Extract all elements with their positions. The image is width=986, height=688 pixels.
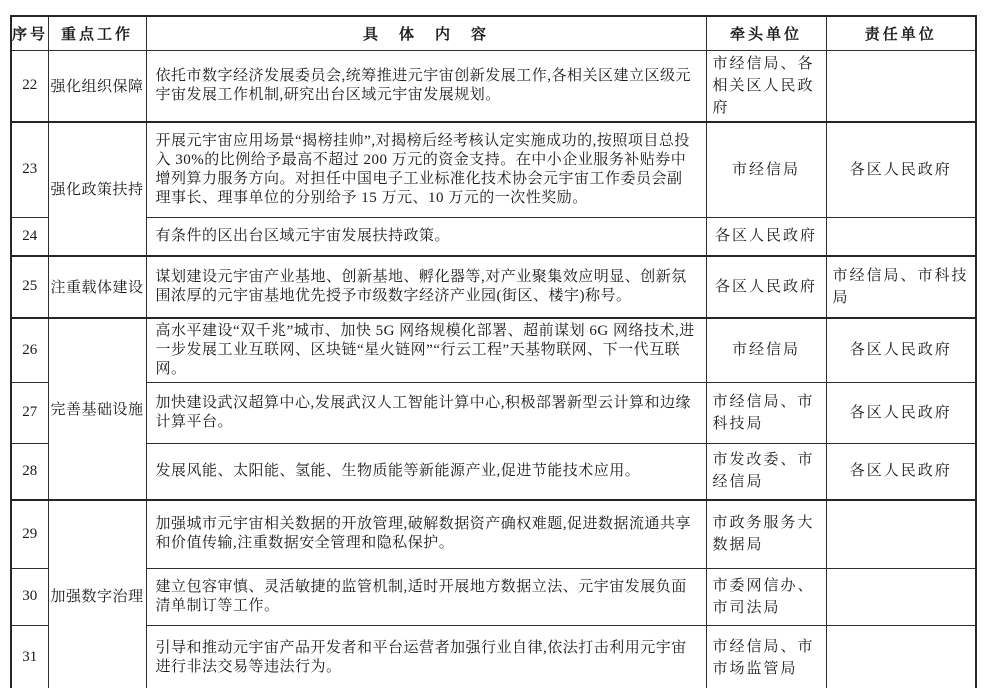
table-header-row: 序号 重点工作 具 体 内 容 牵头单位 责任单位 (11, 16, 976, 50)
lead-unit-cell: 市发改委、市经信局 (706, 443, 826, 500)
responsible-unit-cell: 各区人民政府 (826, 443, 976, 500)
lead-unit-cell: 市经信局 (706, 122, 826, 218)
responsible-unit-cell (826, 218, 976, 256)
responsible-unit-cell (826, 568, 976, 625)
content-cell: 加强城市元宇宙相关数据的开放管理,破解数据资产确权难题,促进数据流通共享和价值传… (146, 500, 706, 568)
work-category: 加强数字治理 (48, 500, 146, 688)
table-row-26: 26 完善基础设施 高水平建设“双千兆”城市、加快 5G 网络规模化部署、超前谋… (11, 318, 976, 383)
content-cell: 有条件的区出台区域元宇宙发展扶持政策。 (146, 218, 706, 256)
row-number: 25 (11, 256, 48, 318)
lead-unit-cell: 市经信局、各相关区人民政府 (706, 50, 826, 122)
table-row-28: 28 发展风能、太阳能、氢能、生物质能等新能源产业,促进节能技术应用。 市发改委… (11, 443, 976, 500)
lead-unit-cell: 市政务服务大数据局 (706, 500, 826, 568)
table-row-23: 23 强化政策扶持 开展元宇宙应用场景“揭榜挂帅”,对揭榜后经考核认定实施成功的… (11, 122, 976, 218)
lead-unit-cell: 市经信局 (706, 318, 826, 383)
lead-unit-cell: 市委网信办、市司法局 (706, 568, 826, 625)
table-row-24: 24 有条件的区出台区域元宇宙发展扶持政策。 各区人民政府 (11, 218, 976, 256)
row-number: 30 (11, 568, 48, 625)
lead-unit-cell: 各区人民政府 (706, 256, 826, 318)
content-cell: 建立包容审慎、灵活敏捷的监管机制,适时开展地方数据立法、元宇宙发展负面清单制订等… (146, 568, 706, 625)
row-number: 24 (11, 218, 48, 256)
responsible-unit-cell: 各区人民政府 (826, 122, 976, 218)
header-cell-lead: 牵头单位 (706, 16, 826, 50)
header-cell-work: 重点工作 (48, 16, 146, 50)
row-number: 22 (11, 50, 48, 122)
work-category: 完善基础设施 (48, 318, 146, 501)
responsible-unit-cell: 市经信局、市科技局 (826, 256, 976, 318)
content-cell: 依托市数字经济发展委员会,统筹推进元宇宙创新发展工作,各相关区建立区级元宇宙发展… (146, 50, 706, 122)
content-cell: 引导和推动元宇宙产品开发者和平台运营者加强行业自律,依法打击利用元宇宙进行非法交… (146, 625, 706, 688)
responsible-unit-cell: 各区人民政府 (826, 382, 976, 443)
row-number: 26 (11, 318, 48, 383)
lead-unit-cell: 市经信局、市市场监管局 (706, 625, 826, 688)
responsible-unit-cell (826, 50, 976, 122)
row-number: 31 (11, 625, 48, 688)
table-row-25: 25 注重载体建设 谋划建设元宇宙产业基地、创新基地、孵化器等,对产业聚集效应明… (11, 256, 976, 318)
document-page: 序号 重点工作 具 体 内 容 牵头单位 责任单位 22 强化组织保障 依托市数… (0, 0, 986, 688)
table-row-31: 31 引导和推动元宇宙产品开发者和平台运营者加强行业自律,依法打击利用元宇宙进行… (11, 625, 976, 688)
header-cell-no: 序号 (11, 16, 48, 50)
table-row-29: 29 加强数字治理 加强城市元宇宙相关数据的开放管理,破解数据资产确权难题,促进… (11, 500, 976, 568)
header-cell-content: 具 体 内 容 (146, 16, 706, 50)
content-cell: 谋划建设元宇宙产业基地、创新基地、孵化器等,对产业聚集效应明显、创新氛围浓厚的元… (146, 256, 706, 318)
lead-unit-cell: 各区人民政府 (706, 218, 826, 256)
work-category: 强化组织保障 (48, 50, 146, 122)
row-number: 29 (11, 500, 48, 568)
table-row-27: 27 加快建设武汉超算中心,发展武汉人工智能计算中心,积极部署新型云计算和边缘计… (11, 382, 976, 443)
header-cell-resp: 责任单位 (826, 16, 976, 50)
content-cell: 高水平建设“双千兆”城市、加快 5G 网络规模化部署、超前谋划 6G 网络技术,… (146, 318, 706, 383)
row-number: 28 (11, 443, 48, 500)
work-category: 强化政策扶持 (48, 122, 146, 256)
row-number: 27 (11, 382, 48, 443)
work-category: 注重载体建设 (48, 256, 146, 318)
lead-unit-cell: 市经信局、市科技局 (706, 382, 826, 443)
content-cell: 加快建设武汉超算中心,发展武汉人工智能计算中心,积极部署新型云计算和边缘计算平台… (146, 382, 706, 443)
content-cell: 开展元宇宙应用场景“揭榜挂帅”,对揭榜后经考核认定实施成功的,按照项目总投入 3… (146, 122, 706, 218)
row-number: 23 (11, 122, 48, 218)
content-cell: 发展风能、太阳能、氢能、生物质能等新能源产业,促进节能技术应用。 (146, 443, 706, 500)
responsible-unit-cell (826, 500, 976, 568)
responsible-unit-cell: 各区人民政府 (826, 318, 976, 383)
table-row-22: 22 强化组织保障 依托市数字经济发展委员会,统筹推进元宇宙创新发展工作,各相关… (11, 50, 976, 122)
table-row-30: 30 建立包容审慎、灵活敏捷的监管机制,适时开展地方数据立法、元宇宙发展负面清单… (11, 568, 976, 625)
responsible-unit-cell (826, 625, 976, 688)
key-work-table: 序号 重点工作 具 体 内 容 牵头单位 责任单位 22 强化组织保障 依托市数… (10, 15, 977, 688)
